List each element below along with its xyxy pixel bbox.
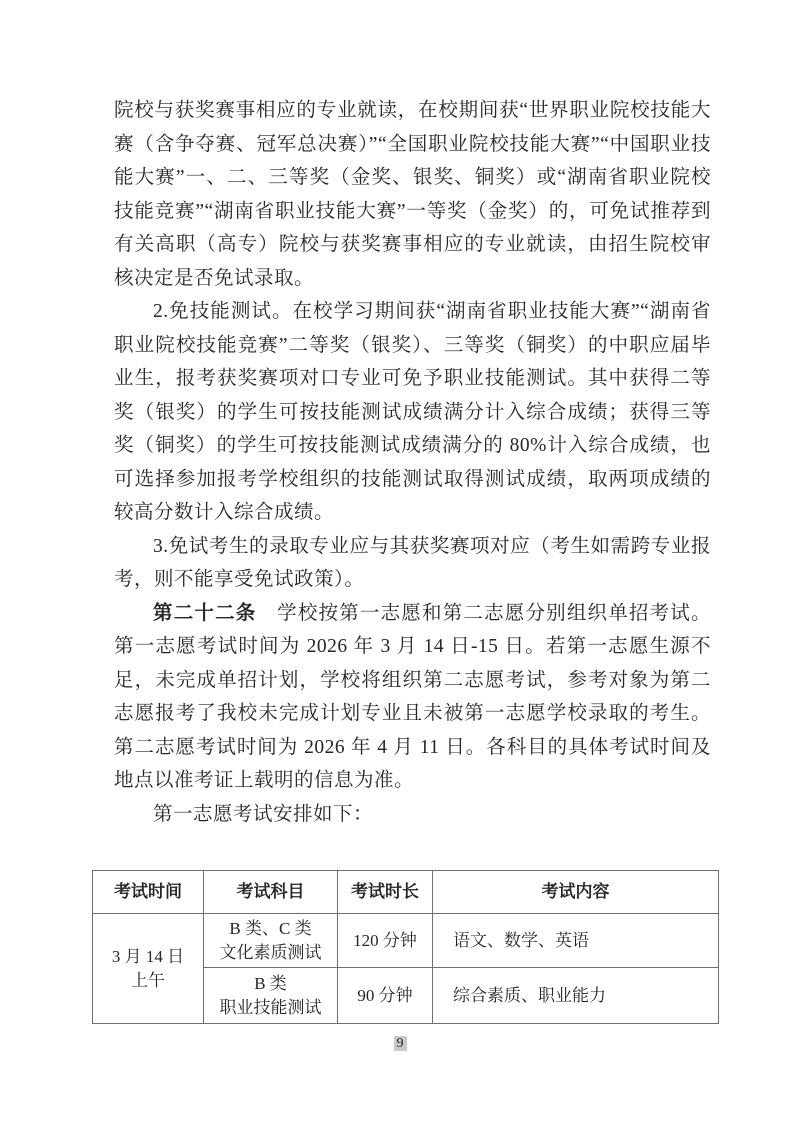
paragraph-article-22: 第二十二条 学校按第一志愿和第二志愿分别组织单招考试。第一志愿考试时间为 202… [114,597,711,798]
col-header-exam-time: 考试时间 [93,871,204,914]
col-header-exam-duration: 考试时长 [338,871,433,914]
cell-subject-skill-test: B 类 职业技能测试 [204,968,338,1024]
cell-content-skill-test: 综合素质、职业能力 [433,968,719,1024]
table-header-row: 考试时间 考试科目 考试时长 考试内容 [93,871,719,914]
paragraph-continuation: 院校与获奖赛事相应的专业就读，在校期间获“世界职业院校技能大赛（含争夺赛、冠军总… [114,94,711,295]
cell-exam-time-group: 3 月 14 日 上午 [93,914,204,1024]
page-number: 9 [394,1036,407,1051]
paragraph-exemption-major-match: 3.免试考生的录取专业应与其获奖赛项对应（考生如需跨专业报考，则不能享受免试政策… [114,530,711,597]
cell-duration-culture-test: 120 分钟 [338,914,433,968]
exam-schedule-table: 考试时间 考试科目 考试时长 考试内容 3 月 14 日 上午 B 类、C 类 … [92,870,719,1024]
article-22-text: 学校按第一志愿和第二志愿分别组织单招考试。第一志愿考试时间为 2026 年 3 … [114,603,711,792]
table-row: 3 月 14 日 上午 B 类、C 类 文化素质测试 120 分钟 语文、数学、… [93,914,719,968]
cell-duration-skill-test: 90 分钟 [338,968,433,1024]
cell-content-culture-test: 语文、数学、英语 [433,914,719,968]
paragraph-exam-schedule-intro: 第一志愿考试安排如下： [114,798,711,832]
col-header-exam-content: 考试内容 [433,871,719,914]
document-page: 院校与获奖赛事相应的专业就读，在校期间获“世界职业院校技能大赛（含争夺赛、冠军总… [0,0,800,1131]
document-body: 院校与获奖赛事相应的专业就读，在校期间获“世界职业院校技能大赛（含争夺赛、冠军总… [114,94,711,831]
paragraph-skill-test-exemption: 2.免技能测试。在校学习期间获“湖南省职业技能大赛”“湖南省职业院校技能竞赛”二… [114,295,711,530]
col-header-exam-subject: 考试科目 [204,871,338,914]
page-number-footer: 9 [0,1034,800,1054]
article-22-number: 第二十二条 [153,603,256,624]
cell-subject-culture-test: B 类、C 类 文化素质测试 [204,914,338,968]
